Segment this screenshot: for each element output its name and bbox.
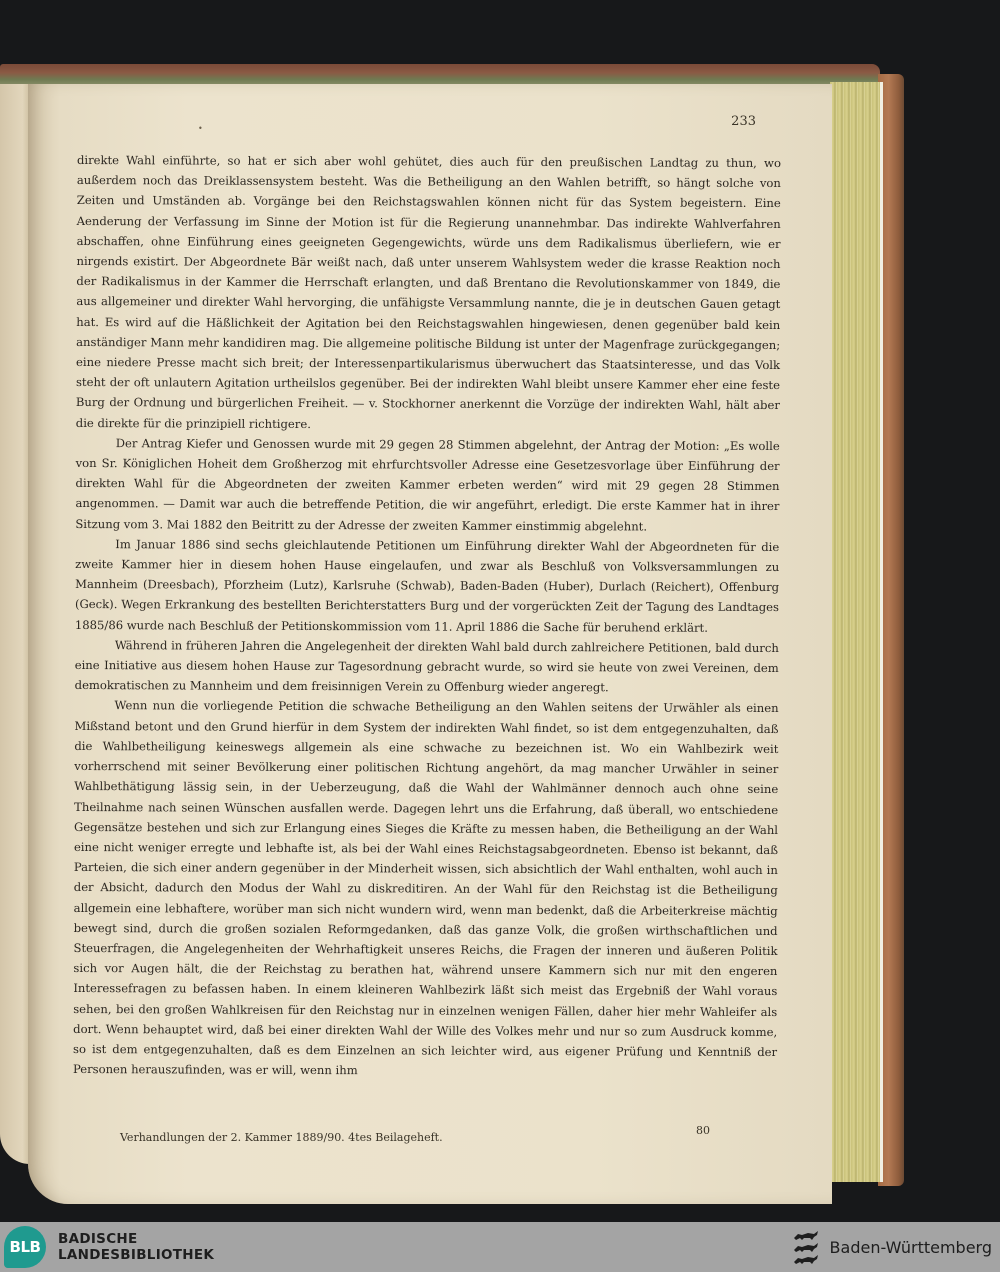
paragraph: Im Januar 1886 sind sechs gleichlautende… <box>75 534 779 638</box>
paragraph: Während in früheren Jahren die Angelegen… <box>75 635 779 699</box>
book-page: • 233 direkte Wahl einführte, so hat er … <box>28 84 832 1204</box>
blb-name-line1: BADISCHE <box>58 1231 214 1247</box>
baden-wuerttemberg-name: Baden-Württemberg <box>830 1238 992 1257</box>
page-number: 233 <box>731 114 756 129</box>
paragraph: Der Antrag Kiefer und Genossen wurde mit… <box>75 433 779 537</box>
paragraph: direkte Wahl einführte, so hat er sich a… <box>76 150 781 436</box>
blb-name: BADISCHE LANDESBIBLIOTHEK <box>58 1231 214 1263</box>
institution-footer-bar: BLB BADISCHE LANDESBIBLIOTHEK Baden-Würt… <box>0 1222 1000 1272</box>
three-lions-icon <box>792 1230 820 1265</box>
page-footer-citation: Verhandlungen der 2. Kammer 1889/90. 4te… <box>120 1131 720 1144</box>
gilt-page-edges <box>830 82 883 1182</box>
print-mark: • <box>198 124 203 133</box>
page-body-text: direkte Wahl einführte, so hat er sich a… <box>73 150 781 1082</box>
blb-name-line2: LANDESBIBLIOTHEK <box>58 1247 214 1263</box>
sheet-signature-number: 80 <box>696 1124 710 1137</box>
baden-wuerttemberg-brand[interactable]: Baden-Württemberg <box>792 1230 992 1265</box>
book-cover-top-edge <box>0 64 880 86</box>
blb-brand[interactable]: BLB BADISCHE LANDESBIBLIOTHEK <box>4 1226 214 1268</box>
blb-logo-icon: BLB <box>4 1226 46 1268</box>
paragraph: Wenn nun die vorliegende Petition die sc… <box>73 695 779 1082</box>
